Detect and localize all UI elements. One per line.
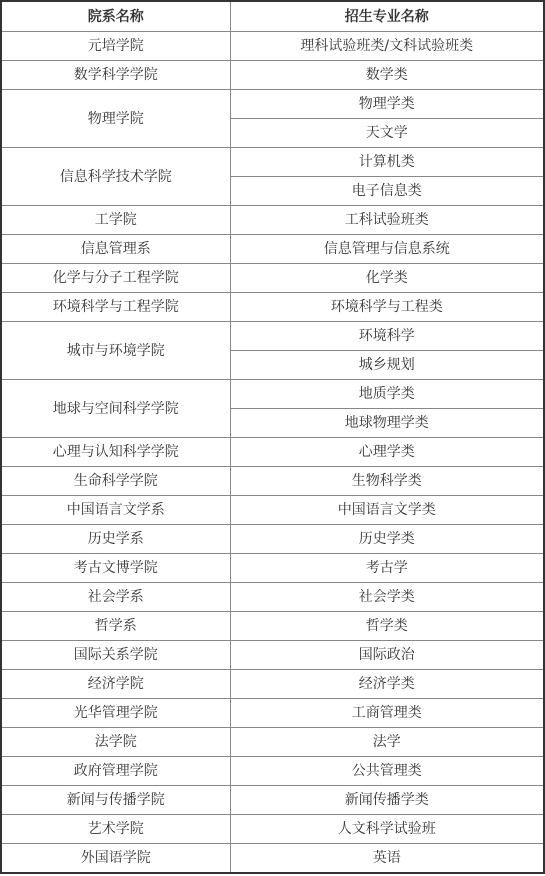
major-cell: 国际政治 — [230, 641, 544, 670]
major-cell: 生物科学类 — [230, 467, 544, 496]
table-row: 环境科学与工程学院环境科学与工程类 — [1, 293, 544, 322]
major-cell: 环境科学与工程类 — [230, 293, 544, 322]
department-cell: 信息管理系 — [1, 235, 230, 264]
department-cell: 信息科学技术学院 — [1, 148, 230, 206]
table-row: 城市与环境学院环境科学 — [1, 322, 544, 351]
department-cell: 环境科学与工程学院 — [1, 293, 230, 322]
department-column-header: 院系名称 — [1, 1, 230, 32]
major-cell: 化学类 — [230, 264, 544, 293]
department-cell: 法学院 — [1, 728, 230, 757]
admissions-table: 院系名称 招生专业名称 元培学院理科试验班类/文科试验班类数学科学学院数学类物理… — [0, 0, 545, 874]
department-cell: 政府管理学院 — [1, 757, 230, 786]
table-row: 光华管理学院工商管理类 — [1, 699, 544, 728]
department-cell: 艺术学院 — [1, 815, 230, 844]
major-cell: 计算机类 — [230, 148, 544, 177]
department-cell: 国际关系学院 — [1, 641, 230, 670]
table-row: 历史学系历史学类 — [1, 525, 544, 554]
major-cell: 中国语言文学类 — [230, 496, 544, 525]
department-cell: 地球与空间科学学院 — [1, 380, 230, 438]
table-row: 新闻与传播学院新闻传播学类 — [1, 786, 544, 815]
table-row: 信息管理系信息管理与信息系统 — [1, 235, 544, 264]
table-row: 工学院工科试验班类 — [1, 206, 544, 235]
major-cell: 考古学 — [230, 554, 544, 583]
major-cell: 经济学类 — [230, 670, 544, 699]
table-row: 数学科学学院数学类 — [1, 61, 544, 90]
department-cell: 历史学系 — [1, 525, 230, 554]
department-cell: 工学院 — [1, 206, 230, 235]
table-row: 艺术学院人文科学试验班 — [1, 815, 544, 844]
major-cell: 城乡规划 — [230, 351, 544, 380]
major-cell: 工科试验班类 — [230, 206, 544, 235]
header-row: 院系名称 招生专业名称 — [1, 1, 544, 32]
table-body: 元培学院理科试验班类/文科试验班类数学科学学院数学类物理学院物理学类天文学信息科… — [1, 32, 544, 874]
table-row: 生命科学学院生物科学类 — [1, 467, 544, 496]
department-cell: 外国语学院 — [1, 844, 230, 873]
major-column-header: 招生专业名称 — [230, 1, 544, 32]
table-row: 政府管理学院公共管理类 — [1, 757, 544, 786]
department-cell: 中国语言文学系 — [1, 496, 230, 525]
major-cell: 人文科学试验班 — [230, 815, 544, 844]
department-cell: 光华管理学院 — [1, 699, 230, 728]
department-cell: 心理与认知科学学院 — [1, 438, 230, 467]
department-cell: 社会学系 — [1, 583, 230, 612]
table-row: 哲学系哲学类 — [1, 612, 544, 641]
major-cell: 地质学类 — [230, 380, 544, 409]
major-cell: 哲学类 — [230, 612, 544, 641]
table-row: 中国语言文学系中国语言文学类 — [1, 496, 544, 525]
major-cell: 地球物理学类 — [230, 409, 544, 438]
table-row: 地球与空间科学学院地质学类 — [1, 380, 544, 409]
major-cell: 电子信息类 — [230, 177, 544, 206]
major-cell: 信息管理与信息系统 — [230, 235, 544, 264]
table-row: 法学院法学 — [1, 728, 544, 757]
department-cell: 物理学院 — [1, 90, 230, 148]
major-cell: 公共管理类 — [230, 757, 544, 786]
department-cell: 数学科学学院 — [1, 61, 230, 90]
table-row: 元培学院理科试验班类/文科试验班类 — [1, 32, 544, 61]
table-row: 考古文博学院考古学 — [1, 554, 544, 583]
major-cell: 新闻传播学类 — [230, 786, 544, 815]
major-cell: 历史学类 — [230, 525, 544, 554]
major-cell: 理科试验班类/文科试验班类 — [230, 32, 544, 61]
major-cell: 社会学类 — [230, 583, 544, 612]
major-cell: 英语 — [230, 844, 544, 873]
department-cell: 考古文博学院 — [1, 554, 230, 583]
table-row: 信息科学技术学院计算机类 — [1, 148, 544, 177]
major-cell: 天文学 — [230, 119, 544, 148]
table-row: 外国语学院英语 — [1, 844, 544, 873]
table-row: 国际关系学院国际政治 — [1, 641, 544, 670]
major-cell: 工商管理类 — [230, 699, 544, 728]
table-row: 心理与认知科学学院心理学类 — [1, 438, 544, 467]
table-row: 化学与分子工程学院化学类 — [1, 264, 544, 293]
major-cell: 环境科学 — [230, 322, 544, 351]
table-header: 院系名称 招生专业名称 — [1, 1, 544, 32]
department-cell: 城市与环境学院 — [1, 322, 230, 380]
table-row: 社会学系社会学类 — [1, 583, 544, 612]
table-row: 物理学院物理学类 — [1, 90, 544, 119]
major-cell: 数学类 — [230, 61, 544, 90]
department-cell: 哲学系 — [1, 612, 230, 641]
department-cell: 新闻与传播学院 — [1, 786, 230, 815]
table-row: 经济学院经济学类 — [1, 670, 544, 699]
department-cell: 化学与分子工程学院 — [1, 264, 230, 293]
department-cell: 生命科学学院 — [1, 467, 230, 496]
major-cell: 物理学类 — [230, 90, 544, 119]
major-cell: 心理学类 — [230, 438, 544, 467]
major-cell: 法学 — [230, 728, 544, 757]
department-cell: 元培学院 — [1, 32, 230, 61]
department-cell: 经济学院 — [1, 670, 230, 699]
